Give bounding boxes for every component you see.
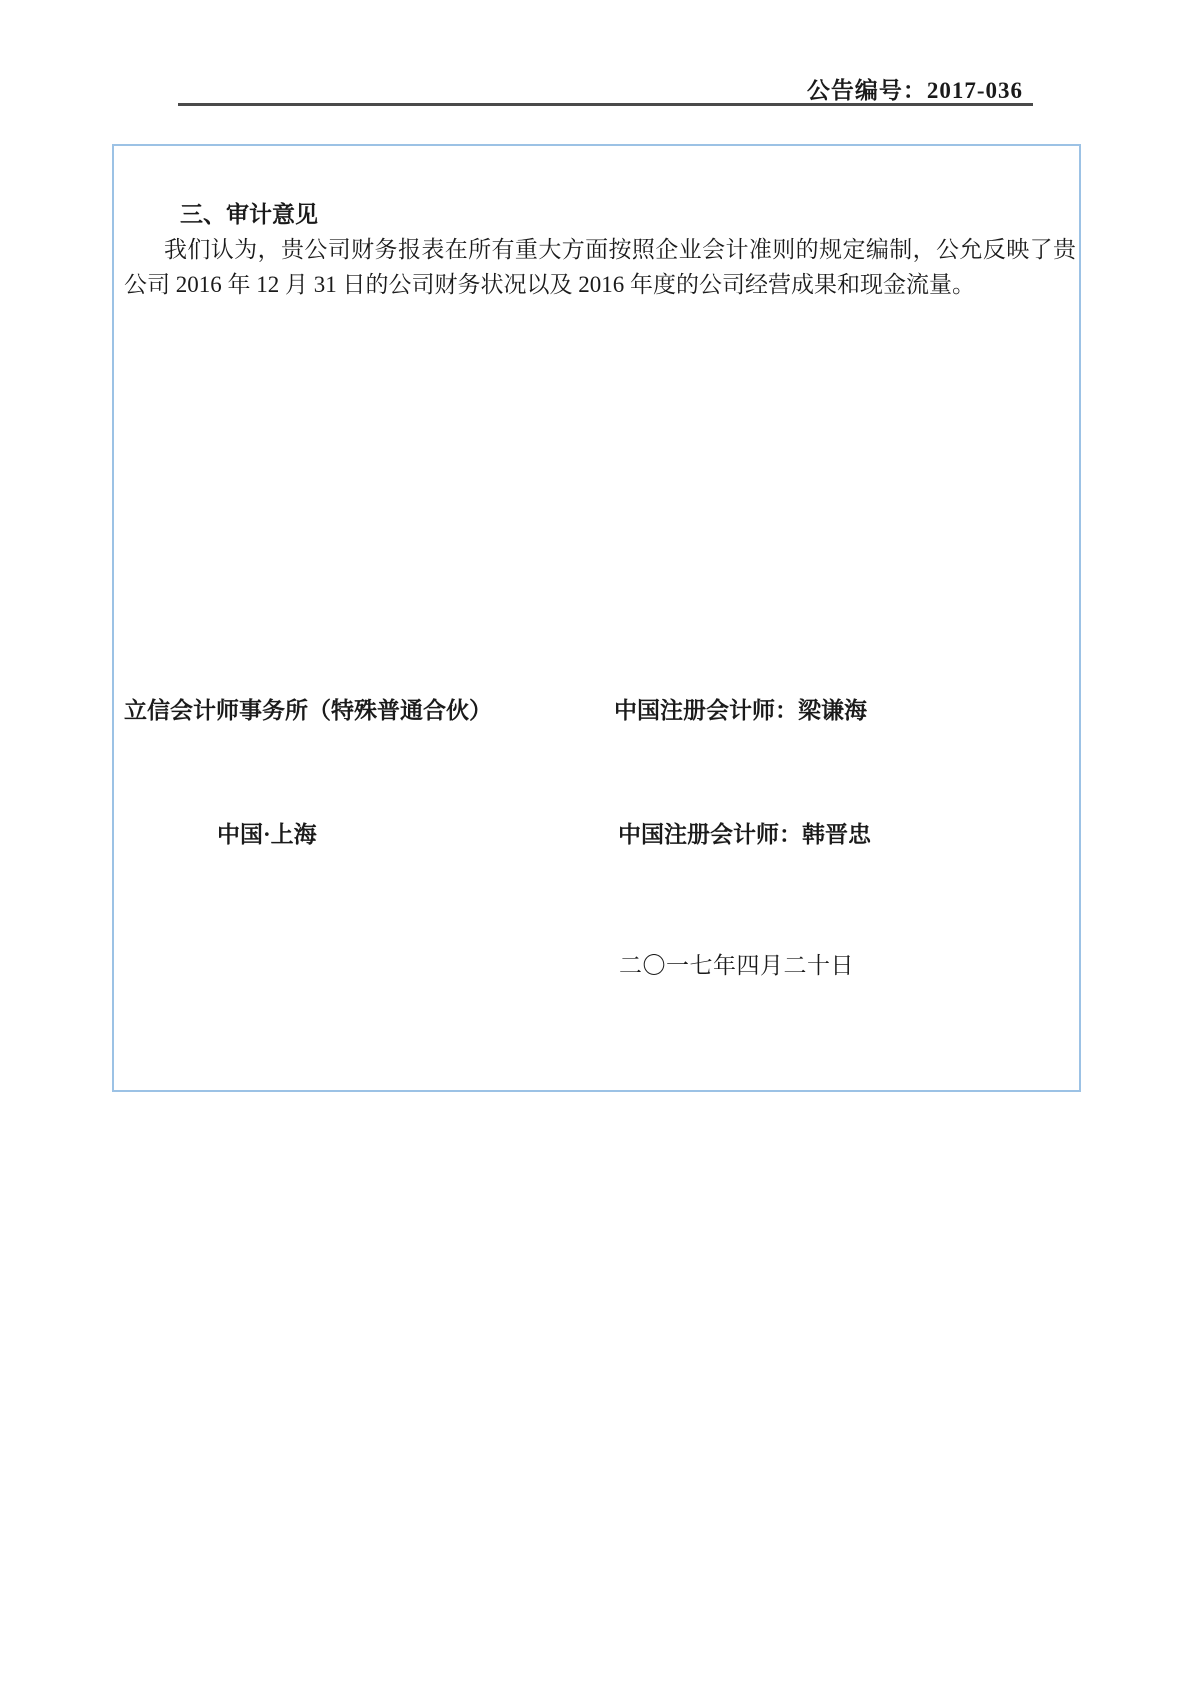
audit-opinion-paragraph: 我们认为，贵公司财务报表在所有重大方面按照企业会计准则的规定编制，公允反映了贵公… xyxy=(124,232,1076,302)
announcement-number: 公告编号：2017-036 xyxy=(807,72,1023,105)
signature-date: 二〇一七年四月二十日 xyxy=(619,947,854,980)
audit-opinion-heading: 三、审计意见 xyxy=(180,196,318,229)
signature-firm-name: 立信会计师事务所（特殊普通合伙） xyxy=(124,692,492,725)
signature-cpa-2: 中国注册会计师：韩晋忠 xyxy=(618,816,871,849)
header-rule xyxy=(178,103,1033,106)
signature-cpa-1: 中国注册会计师：梁谦海 xyxy=(614,692,867,725)
audit-opinion-box: 三、审计意见 我们认为，贵公司财务报表在所有重大方面按照企业会计准则的规定编制，… xyxy=(112,144,1081,1092)
signature-location: 中国·上海 xyxy=(217,816,317,849)
document-page: 公告编号：2017-036 三、审计意见 我们认为，贵公司财务报表在所有重大方面… xyxy=(0,0,1200,1696)
